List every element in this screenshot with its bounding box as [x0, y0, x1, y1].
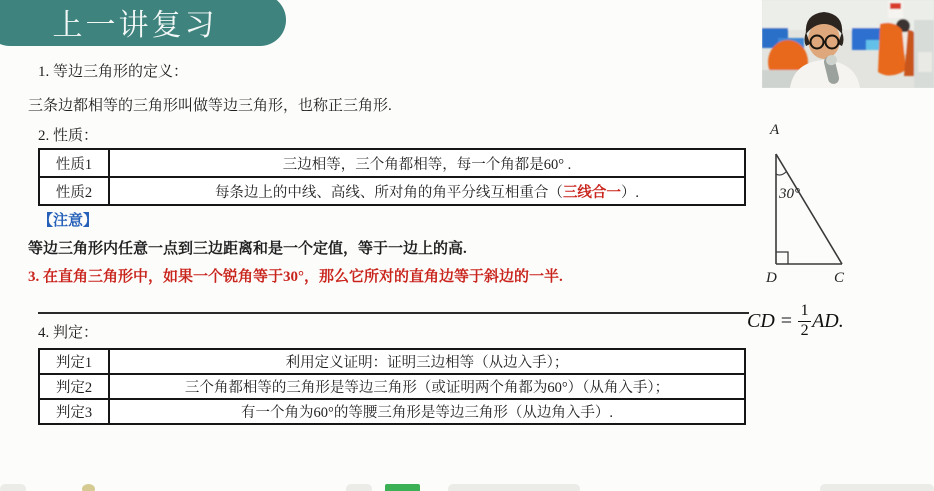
- fraction-denominator: 2: [801, 323, 809, 340]
- note-label: 【注意】: [38, 209, 98, 230]
- formula: CD = 1 2 AD.: [747, 303, 844, 340]
- formula-lhs: CD: [747, 310, 775, 333]
- item1-title: 1. 等边三角形的定义：: [38, 60, 188, 81]
- note-body: 等边三角形内任意一点到三边距离和是一个定值，等于一边上的高.: [28, 237, 467, 258]
- item4-title: 4. 判定：: [38, 321, 98, 342]
- row-text: 有一个角为60°的等腰三角形是等边三角形（从边角入手）.: [109, 399, 745, 424]
- angle-label: 30°: [778, 186, 800, 202]
- vertex-c-label: C: [834, 270, 845, 286]
- table-row: 判定1 利用定义证明：证明三边相等（从边入手）；: [39, 349, 745, 374]
- highlight-text: 三线合一: [563, 185, 621, 201]
- fraction: 1 2: [798, 303, 811, 340]
- row-text-suffix: ）.: [621, 185, 639, 201]
- row-label: 性质1: [39, 149, 109, 177]
- header-banner: 上一讲复习: [0, 0, 286, 46]
- equals-sign: =: [781, 310, 792, 333]
- row-text: 三个角都相等的三角形是等边三角形（或证明两个角都为60°）（从角入手）；: [109, 374, 745, 399]
- teacher-webcam-video[interactable]: [762, 0, 934, 88]
- row-label: 判定3: [39, 399, 109, 424]
- page-title: 上一讲复习: [53, 0, 218, 44]
- divider-line: [38, 312, 749, 314]
- vertex-a-label: A: [769, 122, 780, 138]
- toolbar-green-button[interactable]: [385, 484, 420, 491]
- toolbar-fragment[interactable]: [346, 484, 372, 491]
- row-text: 三边相等，三个角都相等，每一个角都是60° .: [109, 149, 745, 177]
- lesson-slide: 上一讲复习: [0, 0, 934, 491]
- toolbar-fragment-left[interactable]: [0, 484, 26, 491]
- properties-table: 性质1 三边相等，三个角都相等，每一个角都是60° . 性质2 每条边上的中线、…: [38, 148, 746, 206]
- toolbar-fragment-right[interactable]: [820, 484, 934, 491]
- webcam-scene: [762, 0, 934, 88]
- item1-body: 三条边都相等的三角形叫做等边三角形，也称正三角形.: [28, 94, 392, 115]
- toolbar-pill[interactable]: [448, 484, 580, 491]
- table-row: 判定2 三个角都相等的三角形是等边三角形（或证明两个角都为60°）（从角入手）；: [39, 374, 745, 399]
- row-label: 判定1: [39, 349, 109, 374]
- row-label: 判定2: [39, 374, 109, 399]
- vertex-d-label: D: [765, 270, 777, 286]
- item3-rule: 3. 在直角三角形中，如果一个锐角等于30°，那么它所对的直角边等于斜边的一半.: [28, 265, 563, 286]
- triangle-diagram: A 30° D C: [750, 116, 865, 286]
- formula-rhs: AD.: [812, 310, 844, 333]
- table-row: 性质1 三边相等，三个角都相等，每一个角都是60° .: [39, 149, 745, 177]
- table-row: 性质2 每条边上的中线、高线、所对角的角平分线互相重合（三线合一）.: [39, 177, 745, 205]
- judgment-table: 判定1 利用定义证明：证明三边相等（从边入手）； 判定2 三个角都相等的三角形是…: [38, 348, 746, 425]
- item2-title: 2. 性质：: [38, 124, 98, 145]
- row-text: 每条边上的中线、高线、所对角的角平分线互相重合（三线合一）.: [109, 177, 745, 205]
- row-text-prefix: 每条边上的中线、高线、所对角的角平分线互相重合（: [215, 185, 563, 201]
- row-label: 性质2: [39, 177, 109, 205]
- table-row: 判定3 有一个角为60°的等腰三角形是等边三角形（从边角入手）.: [39, 399, 745, 424]
- row-text: 利用定义证明：证明三边相等（从边入手）；: [109, 349, 745, 374]
- toolbar-dot[interactable]: [82, 484, 95, 491]
- fraction-numerator: 1: [801, 303, 809, 320]
